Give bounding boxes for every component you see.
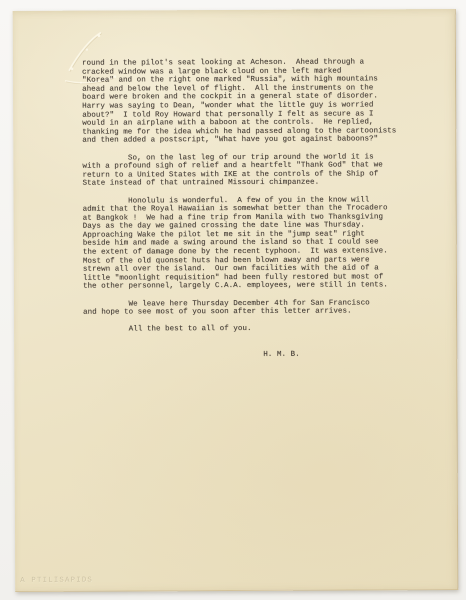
scanner-background: round in the pilot's seat looking at Ach… <box>0 0 466 600</box>
letter-page: round in the pilot's seat looking at Ach… <box>13 9 459 592</box>
paragraph-closing: All the best to all of you. <box>83 325 413 335</box>
faint-stamp-watermark: A PTILISAPIDS <box>20 577 93 585</box>
letter-text-block: round in the pilot's seat looking at Ach… <box>82 58 413 360</box>
paragraph-honolulu: Honolulu is wonderful. A few of you in t… <box>83 196 413 292</box>
paragraph-cockpit-cartoon: round in the pilot's seat looking at Ach… <box>82 58 412 145</box>
paragraph-departure: We leave here Thursday December 4th for … <box>83 299 413 318</box>
signature-initials: H. M. B. <box>83 350 413 360</box>
paragraph-last-leg: So, on the last leg of our trip around t… <box>82 153 412 189</box>
